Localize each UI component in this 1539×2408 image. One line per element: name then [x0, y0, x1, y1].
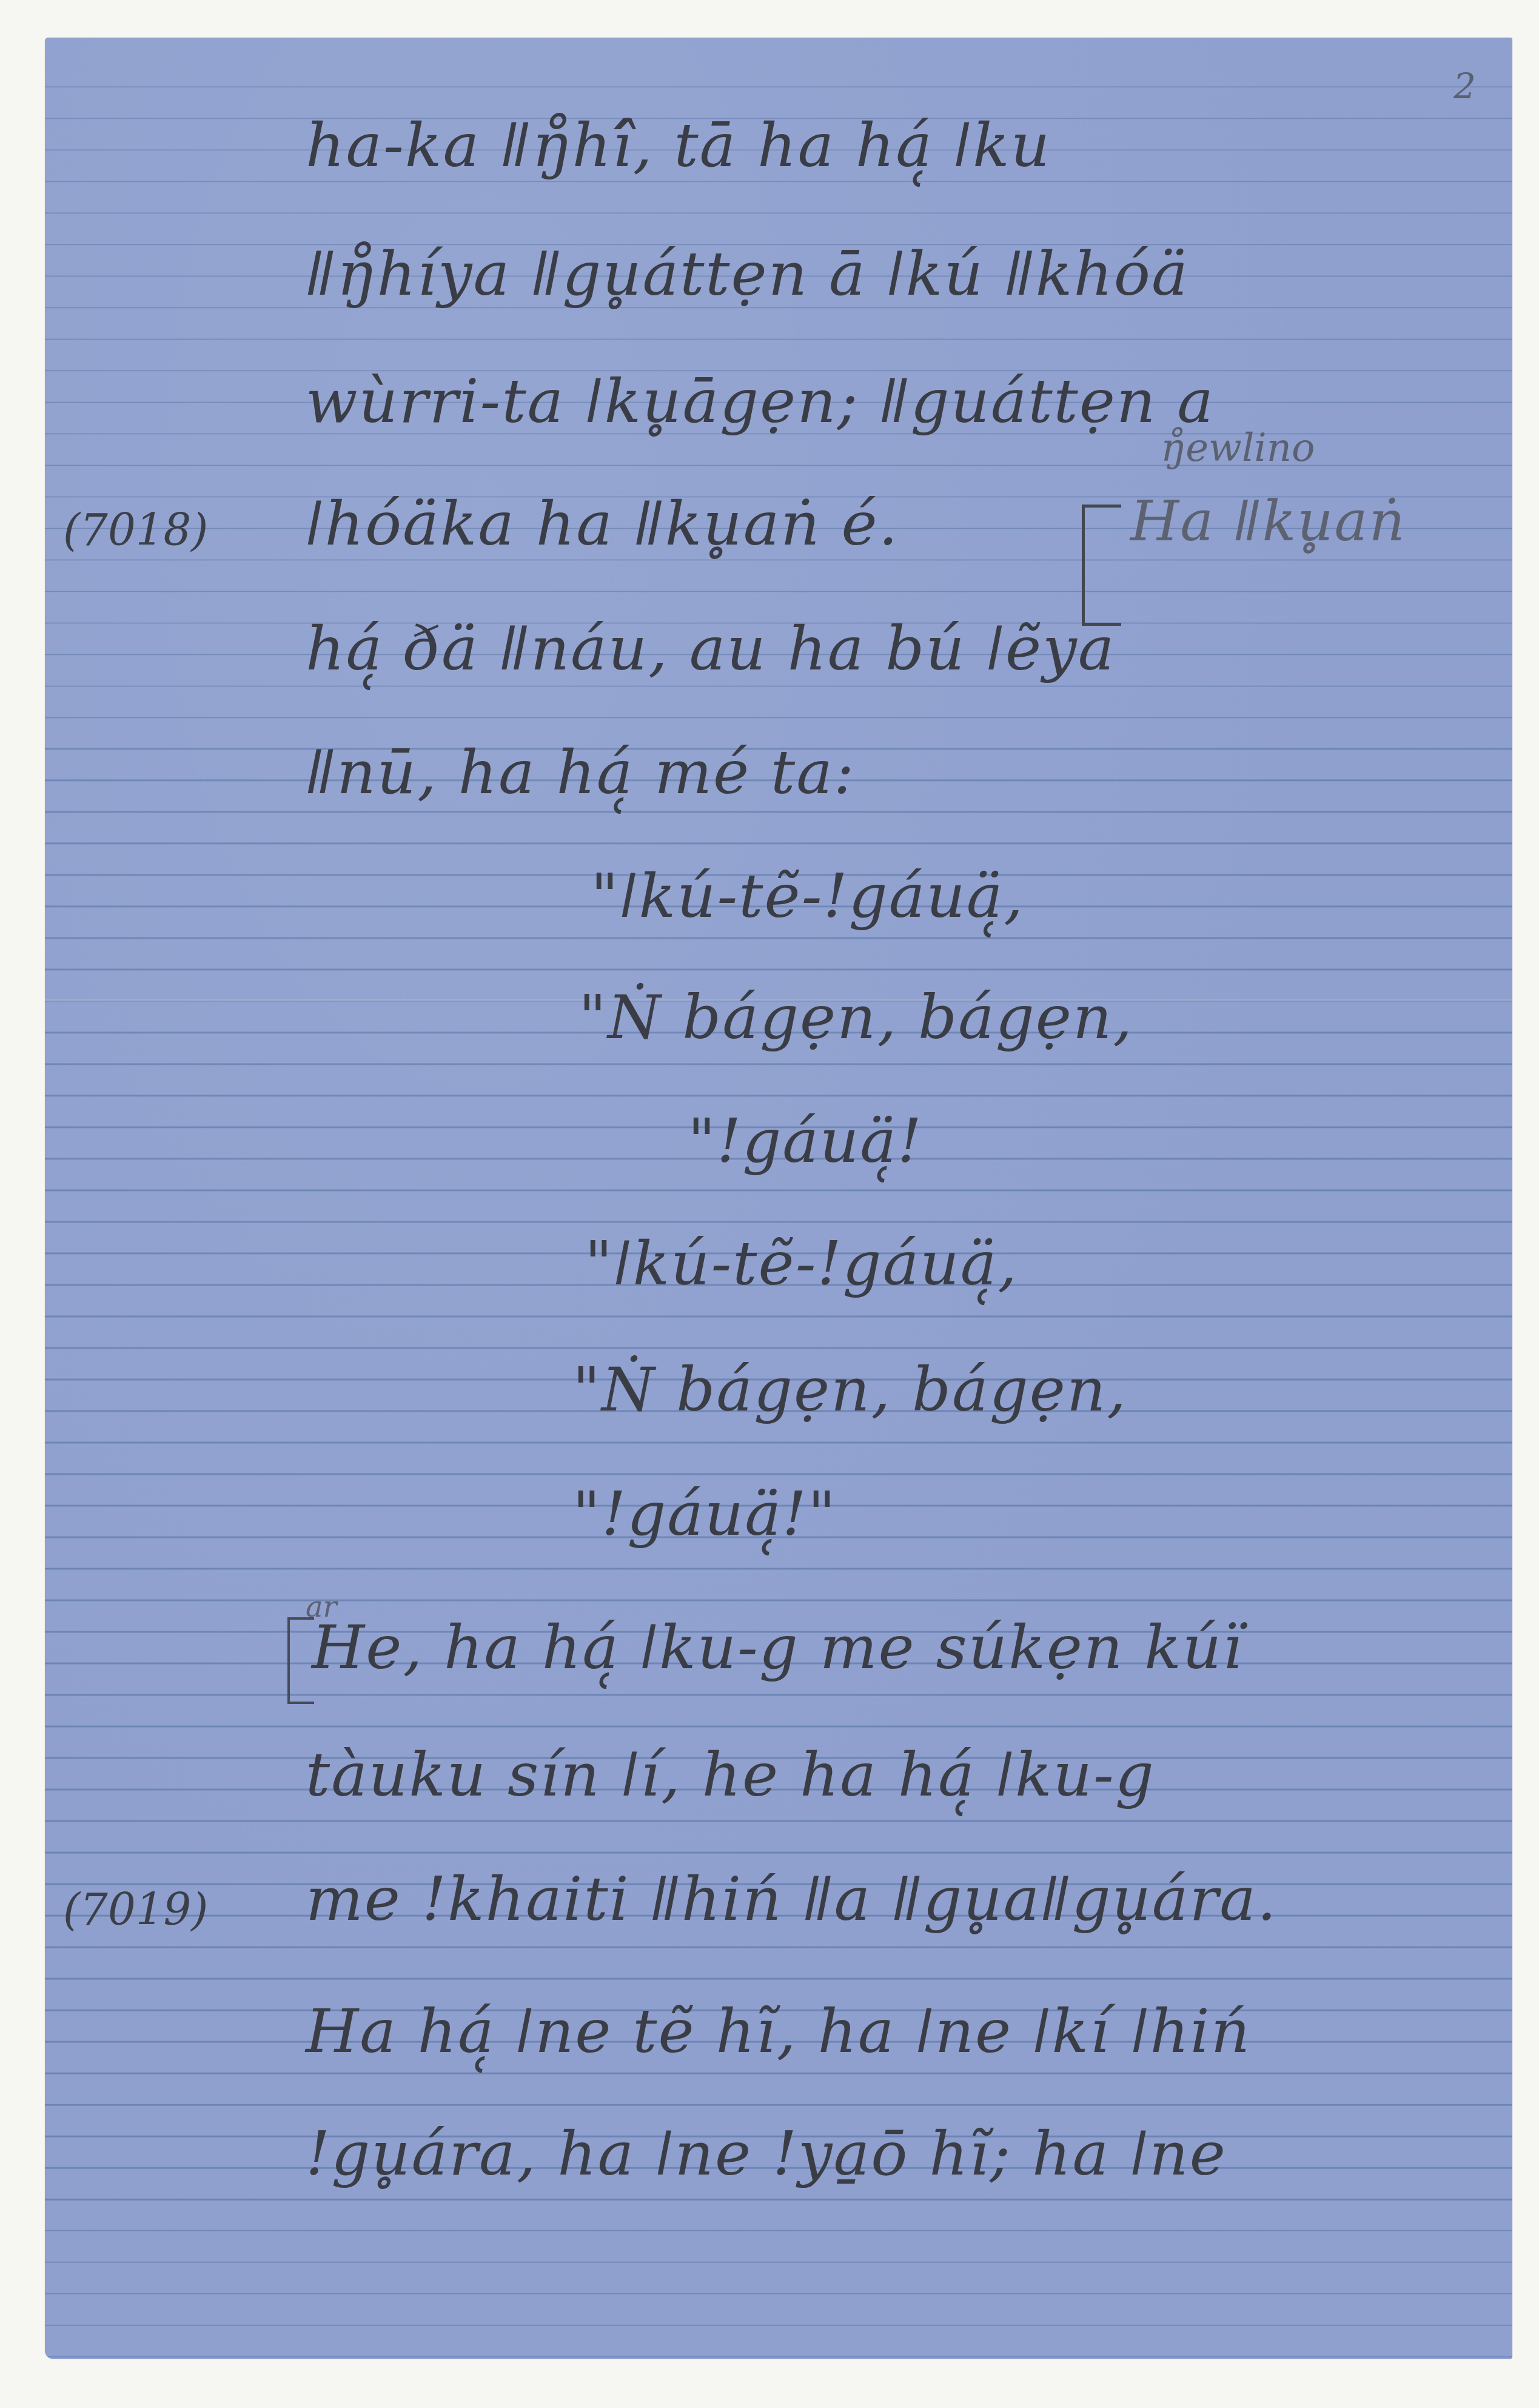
text-line: ha-ka ǁŋ̊hî́, tā ha há̜ ǀku — [306, 115, 1051, 176]
text-line: Ha há̜ ǀne tẽ hĩ, ha ǀne ǀkí ǀhiń — [306, 2001, 1251, 2062]
insertion-text: Ha ǁku̥aṅ — [1130, 494, 1406, 549]
text-line: há̜ ðä ǁnáu, au ha bú ǀẽya — [306, 619, 1115, 679]
text-line: tàuku sín ǀí, he ha há̜ ǀku-g — [306, 1745, 1155, 1805]
song-line: "ǀkú-tẽ-!gáuä̜, — [585, 1233, 1018, 1294]
open-bracket — [1082, 505, 1121, 626]
text-line: !gu̥ára, ha ǀne !ya̱ō hĩ; ha ǀne — [306, 2124, 1227, 2184]
margin-reference: (7018) — [63, 505, 208, 555]
text-line: me !khaiti ǁhiń ǁa ǁgu̥aǁgu̥ára. — [306, 1869, 1278, 1930]
margin-reference: (7019) — [63, 1884, 208, 1935]
close-bracket-mark — [287, 1617, 314, 1704]
song-line: "!gáuä̜!" — [572, 1484, 837, 1544]
text-line: ǀhóäka ha ǁku̥aṅ é. — [306, 494, 899, 554]
text-line: wùrri-ta ǀku̥āgẹn; ǁguáttẹn a — [306, 371, 1215, 432]
text-line: He, ha há̜ ǀku-g me súkẹn kúï — [312, 1617, 1243, 1678]
song-line: "ǀkú-tẽ-!gáuä̜, — [591, 866, 1024, 927]
page-number: 2 — [1453, 65, 1476, 107]
song-line: "!gáuä̜! — [688, 1111, 923, 1172]
song-line: "Ṅ bágẹn, bágẹn, — [578, 987, 1133, 1048]
song-line: "Ṅ bágẹn, bágẹn, — [572, 1360, 1127, 1420]
manuscript-page: 2 ha-ka ǁŋ̊hî́, tā ha há̜ ǀku ǁŋ̊híya ǁg… — [45, 38, 1512, 2359]
insertion-annotation: ŋ̊ewlino — [1161, 426, 1315, 471]
text-line: ǁnū, ha há̜ mé ta: — [306, 742, 856, 803]
text-line: ǁŋ̊híya ǁgu̥áttẹn ā ǀkú ǁkhóä — [306, 244, 1189, 304]
